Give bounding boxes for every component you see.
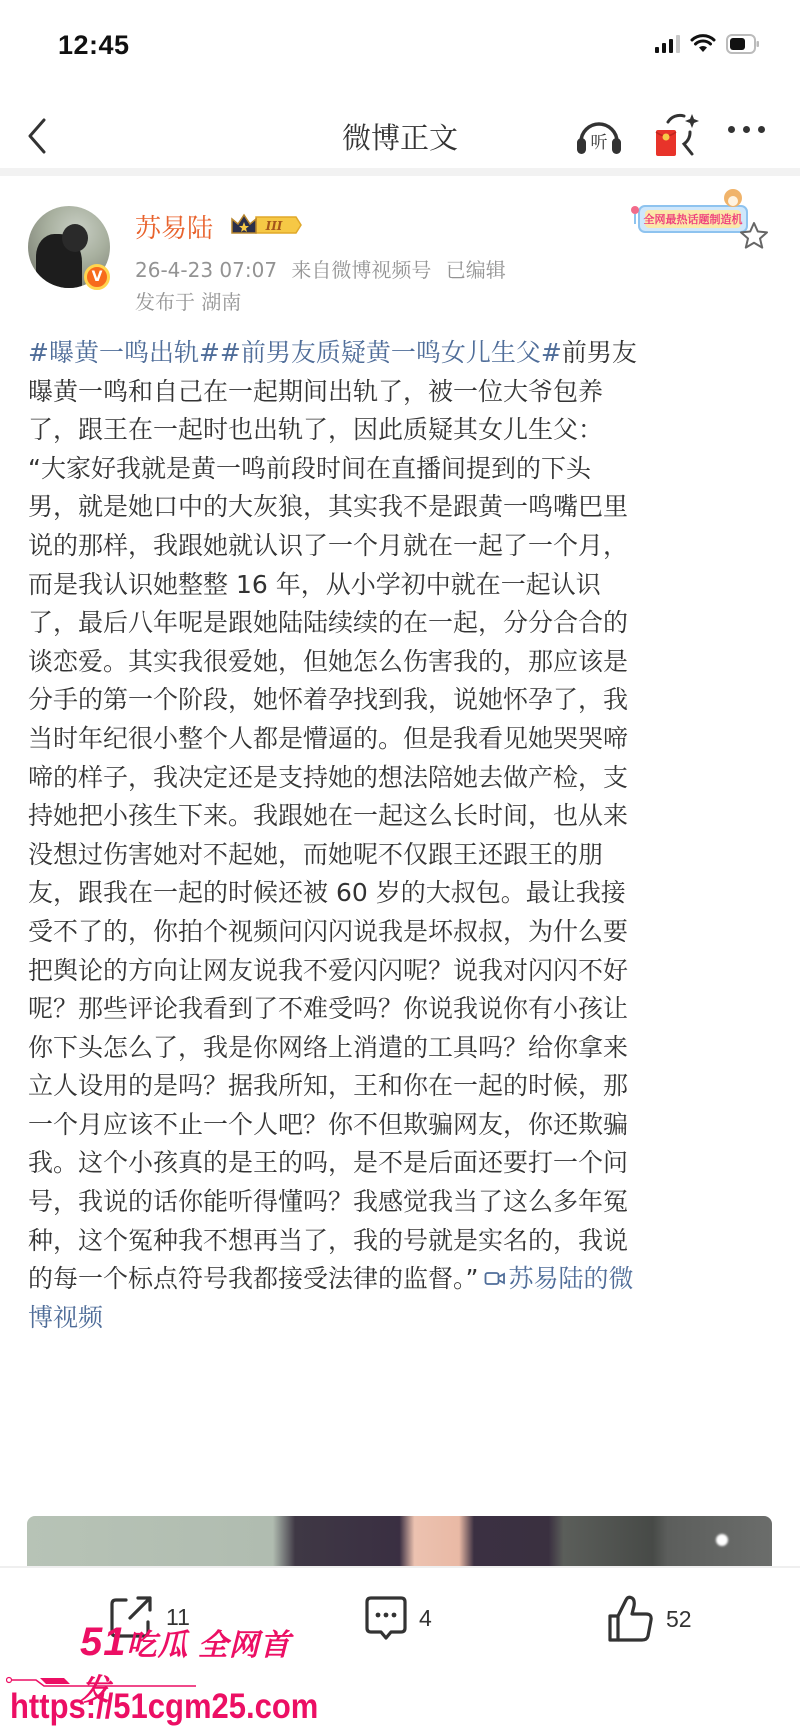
post-line: 立人设用的是吗？据我所知，王和你在一起的时候，那 xyxy=(28,1067,778,1106)
watermark-brand-num: 51 xyxy=(80,1620,127,1664)
post-line: 了，跟王在一起时也出轨了，因此质疑其女儿生父： xyxy=(28,411,778,450)
post-body: #曝黄一鸣出轨##前男友质疑黄一鸣女儿生父#前男友 曝黄一鸣和自己在一起期间出轨… xyxy=(28,334,778,1337)
post-line: 曝黄一鸣和自己在一起期间出轨了，被一位大爷包养 xyxy=(28,373,778,412)
post-line: 持她把小孩生下来。我跟她在一起这么长时间，也从来 xyxy=(28,797,778,836)
more-dot xyxy=(758,126,765,133)
post-line: 啼的样子，我决定还是支持她的想法陪她去做产检，支 xyxy=(28,759,778,798)
video-thumbnail[interactable] xyxy=(27,1516,772,1566)
red-envelope-search-icon xyxy=(654,110,702,160)
post-line: 的每一个标点符号我都接受法律的监督。”苏易陆的微 xyxy=(28,1260,778,1299)
post-line: 你下头怎么了，我是你网络上消遣的工具吗？给你拿来 xyxy=(28,1029,778,1068)
post-line: 当时年纪很小整个人都是懵逼的。但是我看见她哭哭啼 xyxy=(28,720,778,759)
red-envelope-search-button[interactable] xyxy=(654,110,702,160)
svg-text:听: 听 xyxy=(591,133,608,153)
thumbs-up-icon xyxy=(606,1594,656,1644)
post-header: V 苏易陆 III 26-4-23 07:07 来自微博视频号 已编辑 发布于 … xyxy=(0,184,800,314)
post-line: 没想过伤害她对不起她，而她呢不仅跟王还跟王的朋 xyxy=(28,836,778,875)
listen-button[interactable]: 听 xyxy=(574,112,624,158)
svg-text:全网最热话题制造机: 全网最热话题制造机 xyxy=(644,212,743,226)
wifi-icon xyxy=(690,34,716,54)
comment-icon xyxy=(363,1594,409,1642)
avatar-head xyxy=(62,224,88,252)
star-outline-icon[interactable] xyxy=(738,220,770,252)
post-text: 的每一个标点符号我都接受法律的监督。” xyxy=(28,1264,478,1293)
watermark-url: https://51cgm25.com xyxy=(10,1686,318,1727)
comment-count: 4 xyxy=(419,1605,432,1632)
post-line: 男，就是她口中的大灰狼，其实我不是跟黄一鸣嘴巴里 xyxy=(28,488,778,527)
battery-icon xyxy=(726,34,760,54)
promo-banner[interactable]: 全网最热话题制造机 xyxy=(625,188,751,238)
video-link-text[interactable]: 博视频 xyxy=(28,1303,103,1332)
verified-badge-icon: V xyxy=(84,264,110,290)
status-time: 12:45 xyxy=(58,30,130,61)
author-name[interactable]: 苏易陆 xyxy=(135,208,213,245)
post-line: 我。这个小孩真的是王的吗，是不是后面还要打一个问 xyxy=(28,1144,778,1183)
vip-badge[interactable]: III xyxy=(230,213,302,237)
comment-button[interactable]: 4 xyxy=(363,1594,432,1642)
post-line: 分手的第一个阶段，她怀着孕找到我，说她怀孕了，我 xyxy=(28,681,778,720)
watermark: 51吃瓜 全网首发 https://51cgm25.com xyxy=(2,1620,302,1728)
post-line: 号，我说的话你能听得懂吗？我感觉我当了这么多年冤 xyxy=(28,1183,778,1222)
more-dot xyxy=(743,126,750,133)
post-location: 发布于 湖南 xyxy=(135,286,241,315)
status-bar: 12:45 xyxy=(0,0,800,96)
post-timestamp: 26-4-23 07:07 xyxy=(135,258,277,282)
post-line: 了，最后八年呢是跟她陆陆续续的在一起，分分合合的 xyxy=(28,604,778,643)
post-source[interactable]: 来自微博视频号 xyxy=(291,258,431,282)
more-dots-icon xyxy=(728,126,735,133)
status-icons xyxy=(655,34,760,54)
headphones-icon: 听 xyxy=(574,112,624,158)
post-line: 说的那样，我跟她就认识了一个月就在一起了一个月， xyxy=(28,527,778,566)
post-line: 呢？那些评论我看到了不难受吗？你说我说你有小孩让 xyxy=(28,990,778,1029)
post-line: 一个月应该不止一个人吧？你不但欺骗网友，你还欺骗 xyxy=(28,1106,778,1145)
more-button[interactable] xyxy=(728,126,765,133)
post-line: 而是我认识她整整 16 年，从小学初中就在一起认识 xyxy=(28,566,778,605)
post-line: 把舆论的方向让网友说我不爱闪闪呢？说我对闪闪不好 xyxy=(28,952,778,991)
post-line: “大家好我就是黄一鸣前段时间在直播间提到的下头 xyxy=(28,450,778,489)
signal-icon xyxy=(655,35,680,53)
post-line: 友，跟我在一起的时候还被 60 岁的大叔包。最让我接 xyxy=(28,874,778,913)
post-line: 谈恋爱。其实我很爱她，但她怎么伤害我的，那应该是 xyxy=(28,643,778,682)
post-line: 受不了的，你拍个视频问闪闪说我是坏叔叔，为什么要 xyxy=(28,913,778,952)
post-line: #曝黄一鸣出轨##前男友质疑黄一鸣女儿生父#前男友 xyxy=(28,334,778,373)
hashtag-link[interactable]: #曝黄一鸣出轨# xyxy=(28,338,220,367)
edited-label[interactable]: 已编辑 xyxy=(446,258,506,282)
post-meta: 26-4-23 07:07 来自微博视频号 已编辑 xyxy=(135,254,514,283)
nav-bar: 微博正文 听 xyxy=(0,96,800,176)
video-link-icon xyxy=(484,1270,506,1288)
thumbnail-light xyxy=(716,1534,728,1546)
post-text: 前男友 xyxy=(562,338,637,367)
hashtag-link[interactable]: #前男友质疑黄一鸣女儿生父# xyxy=(220,338,562,367)
post-line: 种，这个冤种我不想再当了，我的号就是实名的，我说 xyxy=(28,1222,778,1261)
svg-text:III: III xyxy=(265,219,283,233)
video-link-text[interactable]: 苏易陆的微 xyxy=(508,1264,633,1293)
like-count: 52 xyxy=(666,1606,692,1633)
post-line: 博视频 xyxy=(28,1299,778,1338)
video-link[interactable]: 苏易陆的微 xyxy=(478,1264,633,1293)
like-button[interactable]: 52 xyxy=(606,1594,692,1644)
